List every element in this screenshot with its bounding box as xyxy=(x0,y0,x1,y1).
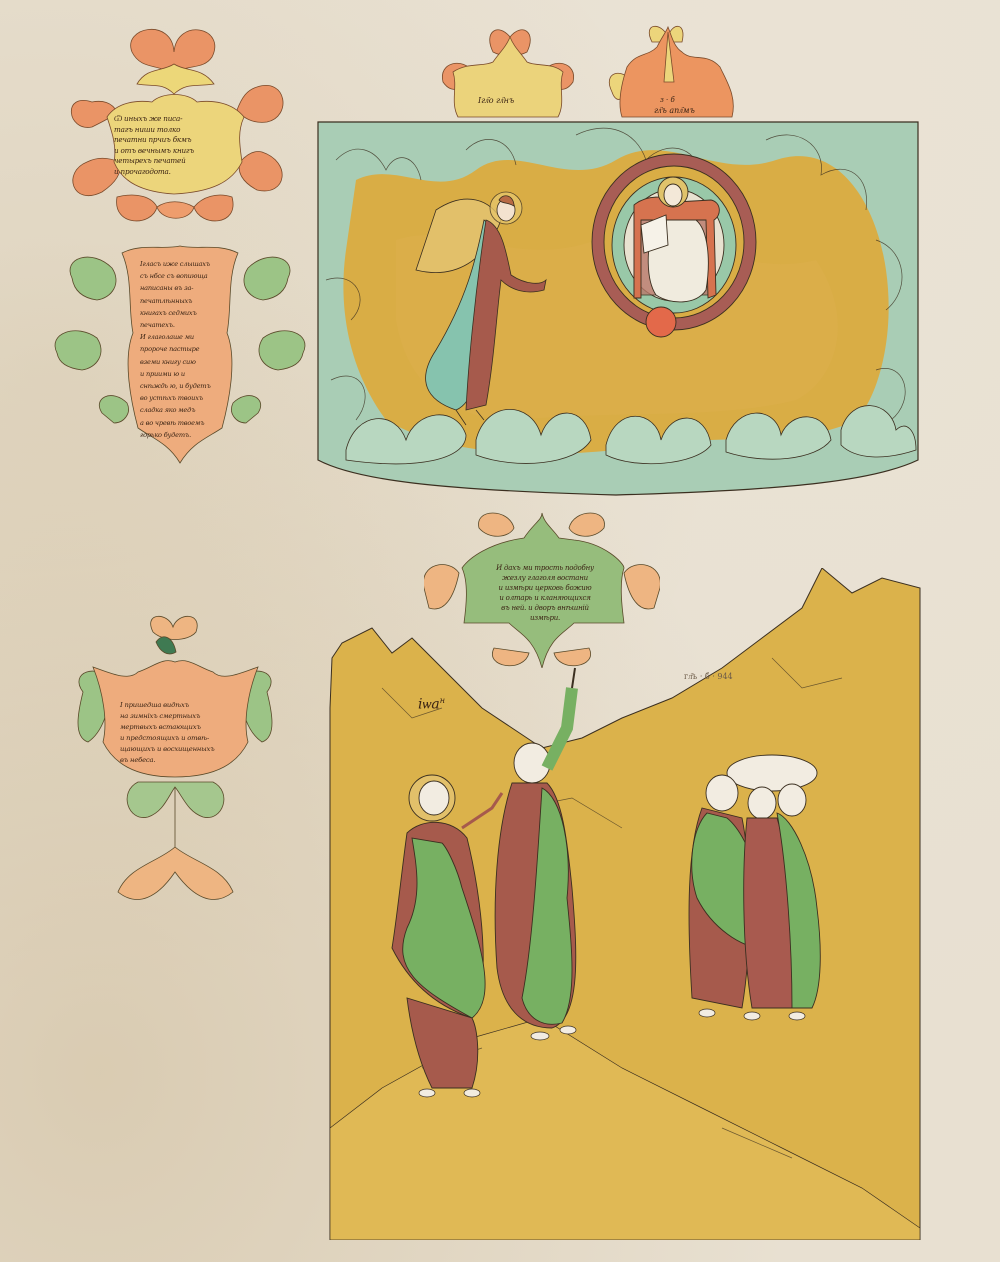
manuscript-page: Ѿ иныхъ же писа- тагъ ниши толко печатни… xyxy=(0,0,1000,1262)
cartouche-text-top-left: Ѿ иныхъ же писа- тагъ ниши толко печатни… xyxy=(114,114,244,177)
miniature-upper-vision xyxy=(316,120,920,500)
miniature-lower-scene: іѡан гл҃ъ · б̃ · 944 xyxy=(322,568,922,1240)
cartouche-text-upper-left: Ігласъ иже слышахъ съ нбсе съ вопиюща на… xyxy=(140,258,240,441)
cartouche-text-top-center: Ігл҃о гл҃нъ xyxy=(478,96,514,105)
cartouche-lower-left: І пришедша видѣхъ на зимнiхъ смертныхъ м… xyxy=(68,612,282,908)
label-marginal-note: гл҃ъ · б̃ · 944 xyxy=(684,672,733,681)
cartouche-text-lower-left: І пришедша видѣхъ на зимнiхъ смертныхъ м… xyxy=(120,700,236,766)
apostles-on-mountain-illustration xyxy=(322,568,922,1240)
cartouche-top-right: з · б гл҃ъ апл҃мъ xyxy=(602,22,742,122)
label-john: іѡан xyxy=(418,696,445,714)
cartouche-upper-left: Ігласъ иже слышахъ съ нбсе съ вопиюща на… xyxy=(52,238,308,466)
angel-and-enthroned-christ-illustration xyxy=(316,120,920,500)
cartouche-top-center: Ігл҃о гл҃нъ xyxy=(438,22,578,120)
cartouche-numerals-top-right: з · б xyxy=(660,96,675,104)
small-flame-frame-icon xyxy=(438,22,578,120)
cartouche-top-left: Ѿ иныхъ же писа- тагъ ниши толко печатни… xyxy=(62,22,292,232)
cartouche-text-top-right: гл҃ъ апл҃мъ xyxy=(654,106,695,115)
